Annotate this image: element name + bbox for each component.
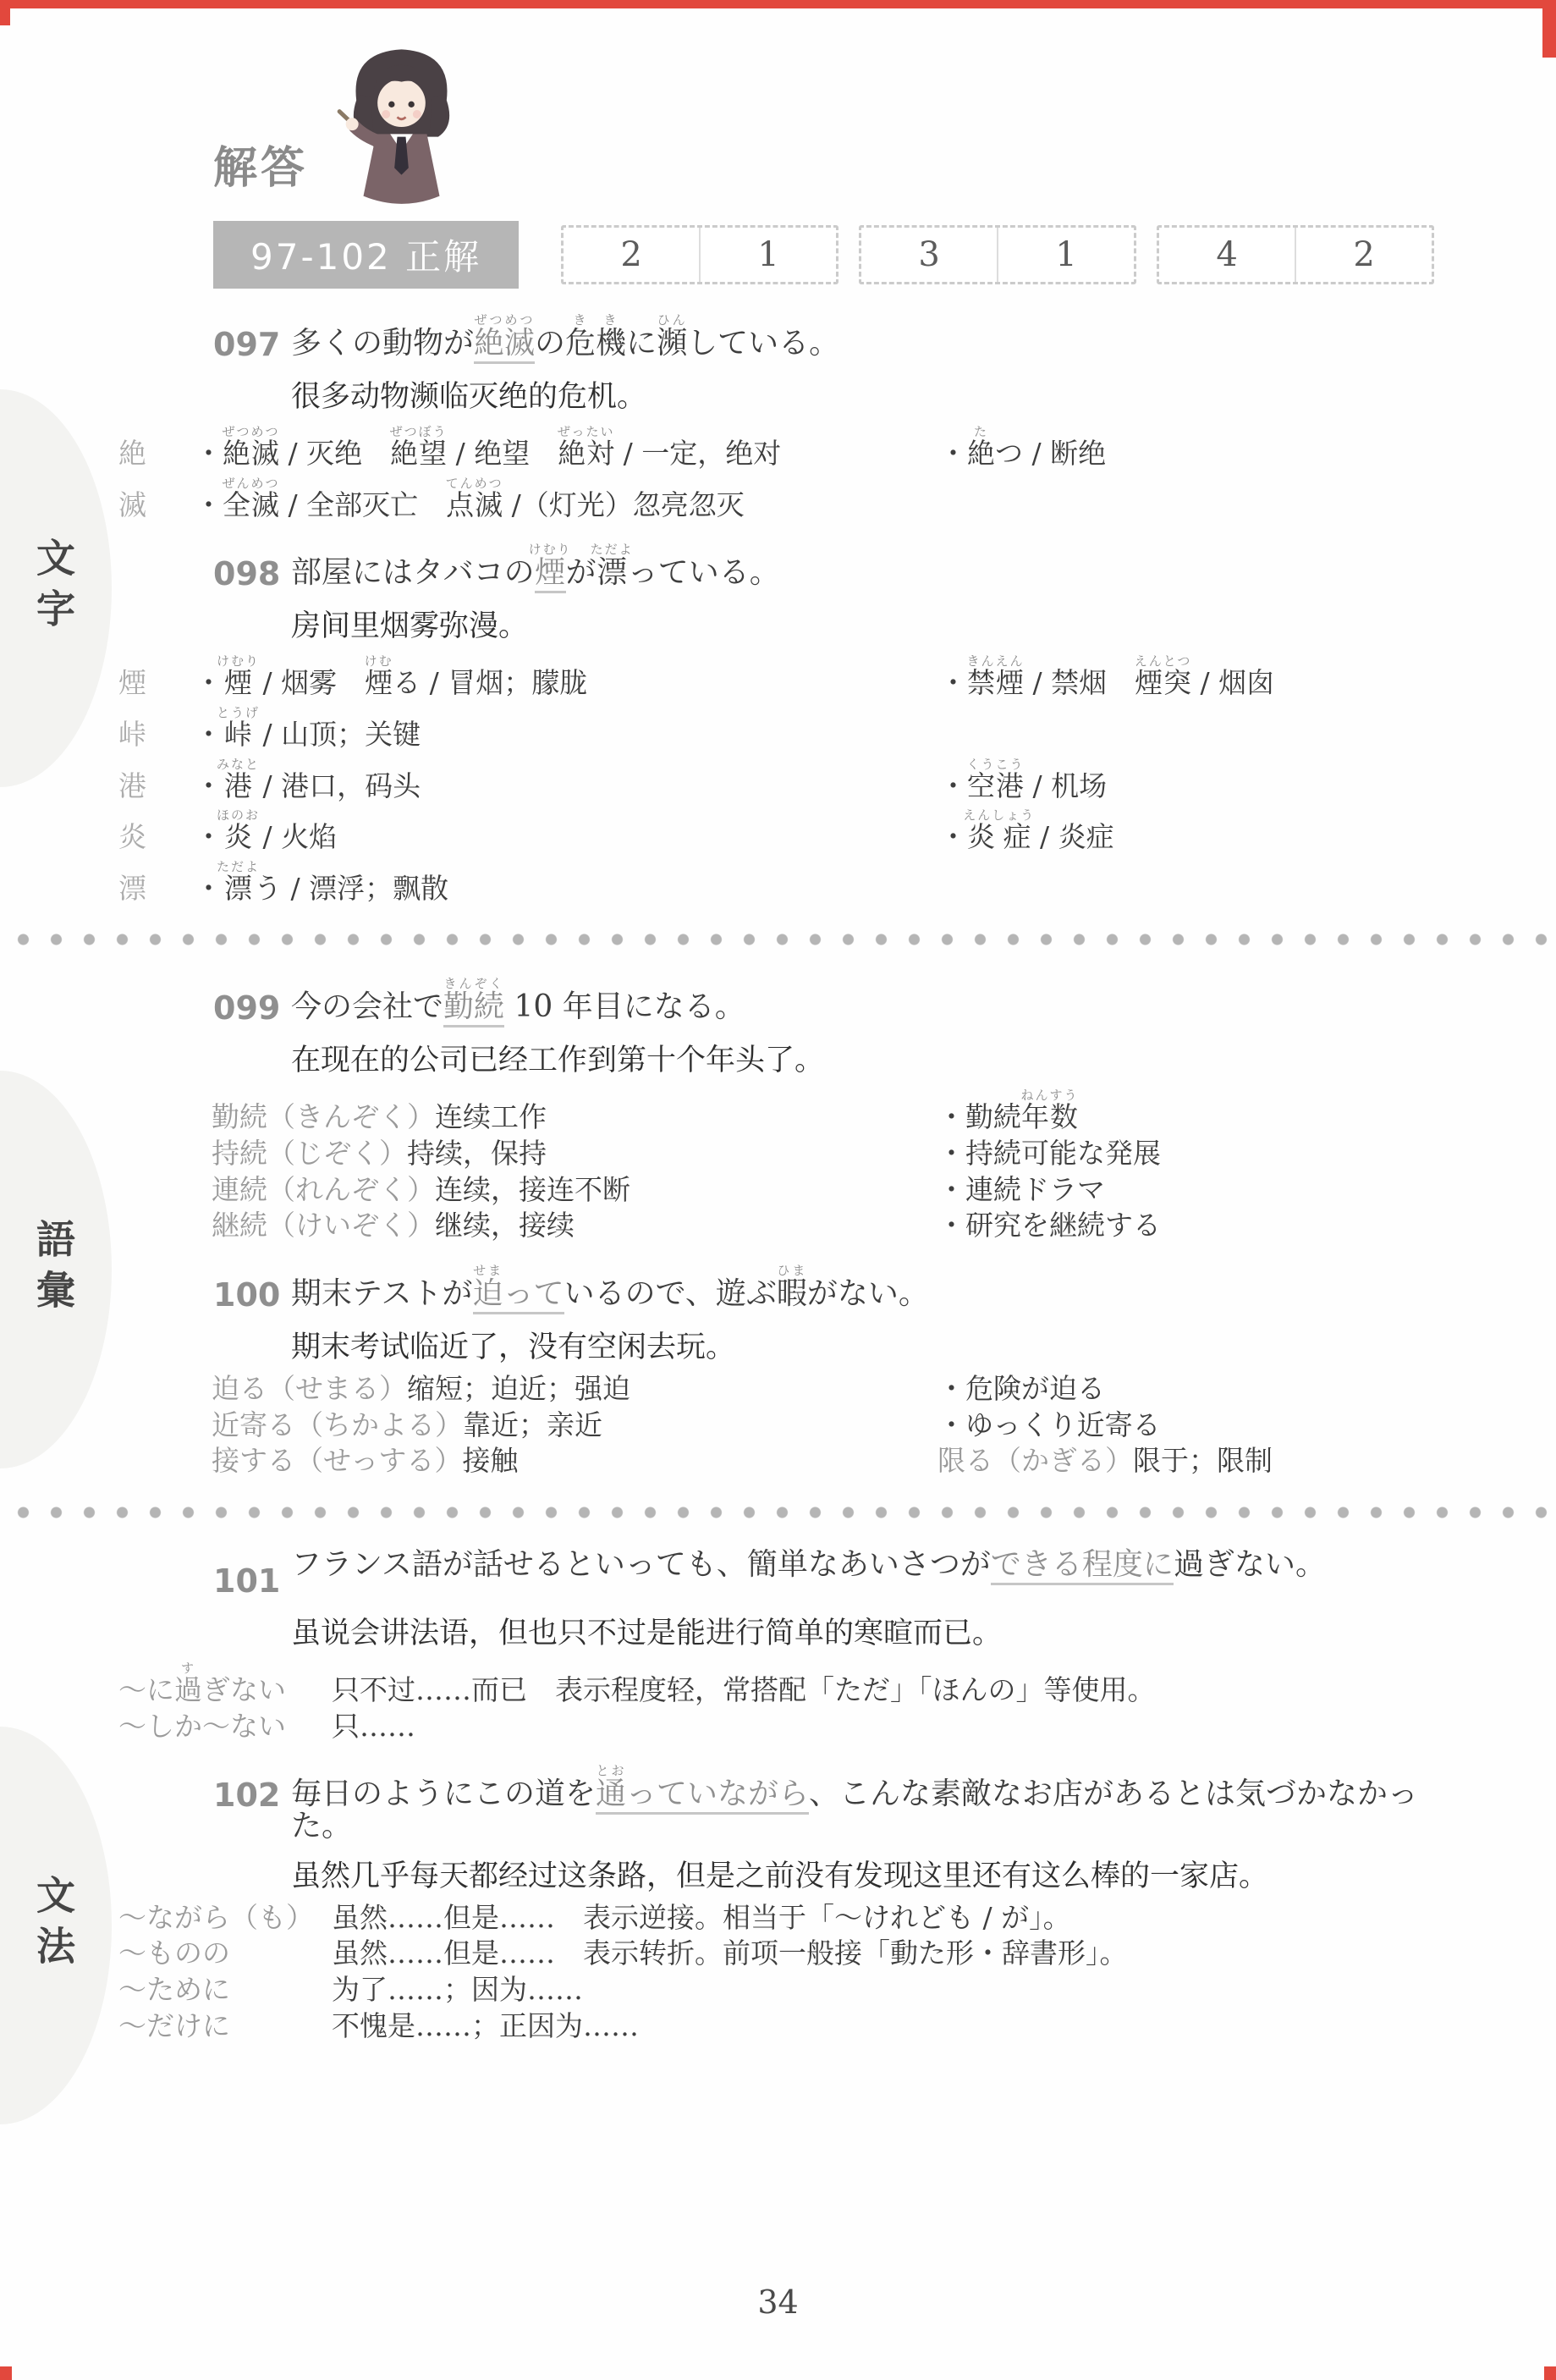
answer-key-bar: 97-102 正解 213142 (213, 221, 1533, 289)
explanation-row: 漂・漂ただよう / 漂浮；飘散 (118, 859, 1533, 904)
text-run: る / 冒烟；朦胧 (393, 666, 587, 699)
furigana: とうげ (217, 705, 260, 720)
explanation-row: ～しか～ない只…… (118, 1712, 1533, 1742)
answer-cell: 3 (861, 228, 997, 282)
translation: 虽然几乎每天都经过这条路，但是之前没有发现这里还有这么棒的一家店。 (291, 1853, 1533, 1895)
text-run: 接する（せっする） (212, 1444, 462, 1477)
page-number: 34 (757, 2284, 798, 2321)
text-run: ～に (118, 1673, 174, 1706)
explanation-row: 近寄る（ちかよる）靠近；亲近・ゆっくり近寄る (212, 1411, 1533, 1441)
row-right: ・持続可能な発展 (937, 1139, 1533, 1169)
text-run: フランス語が話せるといっても、簡単なあいさつが (291, 1547, 991, 1582)
row-left: ・峠とうげ / 山顶；关键 (195, 705, 939, 750)
text-run: 禁煙きんえん (967, 666, 1024, 699)
text-run: / 烟雾 (254, 666, 365, 699)
text-run: 全滅ぜんめつ (223, 488, 279, 521)
row-right: ・研究を継続する (937, 1211, 1533, 1241)
text-run: 煙けむ (365, 666, 393, 699)
question-block-098: 098部屋にはタバコの煙けむりが漂ただよっている。房间里烟雾弥漫。煙・煙けむり … (118, 542, 1533, 903)
text-run: 年数ねんすう (1021, 1100, 1079, 1133)
grammar-pattern: ～しか～ない (118, 1712, 332, 1742)
text-run: ～ものの (118, 1937, 230, 1970)
explanation-row: 滅・全滅ぜんめつ / 全部灭亡 点滅てんめつ /（灯光）忽亮忽灭 (118, 476, 1533, 521)
sidebar-tab-label: 文法 (25, 1875, 81, 1976)
row-left: 迫る（せまる）缩短；迫近；强迫 (212, 1375, 937, 1404)
text-run: ・ (195, 488, 223, 521)
row-right: ・連続ドラマ (937, 1176, 1533, 1205)
red-scan-border-bottom-right (1544, 2366, 1556, 2380)
question-block-101: 101フランス語が話せるといっても、簡単なあいさつができる程度に過ぎない。虽说会… (118, 1549, 1533, 1741)
row-left: ・炎ほのお / 火焰 (195, 807, 939, 852)
text-run: 毎日のようにこの道を (291, 1777, 596, 1811)
grammar-pattern: ～ために (118, 1975, 332, 2005)
text-run: / 烟囱 (1191, 666, 1274, 699)
furigana: ぜつめつ (474, 312, 535, 328)
translation: 房间里烟雾弥漫。 (291, 603, 1533, 645)
furigana: ひま (777, 1263, 807, 1278)
answers-header: 解答 (213, 34, 1533, 207)
text-run: ・研究を継続する (937, 1209, 1161, 1242)
text-run: に (626, 326, 657, 361)
furigana: ぜったい (558, 424, 615, 439)
explanation-row: ～ために为了……；因为…… (118, 1975, 1533, 2005)
text-run: / 机场 (1024, 769, 1107, 802)
question-text: フランス語が話せるといっても、簡単なあいさつができる程度に過ぎない。 (291, 1549, 1326, 1581)
text-run: 虽然……但是…… 表示转折。前项一般接「動た形・辞書形」。 (332, 1937, 1128, 1970)
text-run: 煙突えんとつ (1135, 666, 1191, 699)
answer-cell: 2 (1295, 228, 1432, 282)
text-run: 煙けむり (223, 666, 254, 699)
text-run: ・ (939, 769, 967, 802)
text-run: 接触 (462, 1444, 518, 1477)
text-run: 炎症えんしょう (967, 820, 1031, 853)
explanation-rows: 勤続（きんぞく）连续工作・勤続年数ねんすう持続（じぞく）持续，保持・持続可能な発… (118, 1088, 1533, 1241)
explanation-rows: ～に過すぎない只不过……而已 表示程度轻，常搭配「ただ」「ほんの」等使用。～しか… (118, 1661, 1533, 1741)
explanation-rows: 迫る（せまる）缩短；迫近；强迫・危険が迫る近寄る（ちかよる）靠近；亲近・ゆっくり… (118, 1375, 1533, 1476)
explanation-row: ～ものの虽然……但是…… 表示转折。前项一般接「動た形・辞書形」。 (118, 1939, 1533, 1969)
furigana: けむり (529, 542, 572, 557)
row-right: ・危険が迫る (937, 1375, 1533, 1404)
question-line: 102毎日のようにこの道を通とおっていながら、こんな素敵なお店があるとは気づかな… (213, 1763, 1533, 1843)
text-run: / 全部灭亡 (279, 488, 446, 521)
row-left: ・港みなと / 港口，码头 (195, 757, 939, 802)
book-page: 文字語彙文法 解答 (0, 0, 1556, 2380)
answer-word: 勤続きんぞく (443, 989, 504, 1027)
furigana: ひん (657, 312, 687, 328)
explanation-row: ～に過すぎない只不过……而已 表示程度轻，常搭配「ただ」「ほんの」等使用。 (118, 1661, 1533, 1705)
text-run: 多くの動物が (291, 326, 474, 361)
grammar-pattern: ～ものの (118, 1939, 332, 1969)
row-left: ～ながら（も）虽然……但是…… 表示逆接。相当于「～けれども / が」。 (118, 1903, 1071, 1933)
question-number: 100 (213, 1263, 291, 1314)
row-left: 持続（じぞく）持续，保持 (212, 1139, 937, 1169)
text-run: / 山顶；关键 (254, 718, 421, 751)
text-run: 漂ただよ (223, 872, 254, 905)
question-line: 098部屋にはタバコの煙けむりが漂ただよっている。 (213, 542, 1533, 592)
furigana: す (174, 1661, 202, 1676)
furigana: ぜんめつ (223, 476, 280, 491)
explanation-rows: 絶・絶滅ぜつめつ / 灭绝 絶望ぜつぼう / 绝望 絶対ぜったい / 一定，绝对… (118, 424, 1533, 520)
text-run: ・ (939, 437, 967, 470)
answer-word: 絶滅ぜつめつ (474, 326, 535, 364)
row-left: ～に過すぎない只不过……而已 表示程度轻，常搭配「ただ」「ほんの」等使用。 (118, 1661, 1156, 1705)
furigana: ただよ (591, 542, 634, 557)
answer-cells: 213142 (561, 225, 1434, 284)
text-run: 絶対ぜったい (558, 437, 614, 470)
furigana: みなと (217, 757, 260, 772)
text-run: / 火焰 (254, 820, 337, 853)
answer-cell-group: 21 (561, 225, 838, 284)
question-text: 部屋にはタバコの煙けむりが漂ただよっている。 (291, 542, 780, 589)
text-run: 炎ほのお (223, 820, 254, 853)
text-run: 限る（かぎる） (937, 1444, 1133, 1477)
question-block-099: 099今の会社で勤続きんぞく 10 年目になる。在现在的公司已经工作到第十个年头… (118, 976, 1533, 1241)
row-right: ・勤続年数ねんすう (937, 1088, 1533, 1132)
text-run: 10 年目になる。 (504, 989, 745, 1024)
furigana: けむり (217, 653, 260, 669)
text-run: 継続（けいぞく） (212, 1209, 435, 1242)
sidebar-tab-文字: 文字 (0, 389, 112, 787)
furigana: えんとつ (1135, 653, 1192, 669)
text-run: 限于；限制 (1133, 1444, 1273, 1477)
question-line: 101フランス語が話せるといっても、簡単なあいさつができる程度に過ぎない。 (213, 1549, 1533, 1600)
row-kanji-label: 峠 (118, 720, 195, 750)
furigana: けむ (365, 653, 393, 669)
text-run: 絶望ぜつぼう (390, 437, 447, 470)
explanation-row: 持続（じぞく）持续，保持・持続可能な発展 (212, 1139, 1533, 1169)
furigana: きき (565, 312, 626, 328)
furigana: きんぞく (443, 976, 504, 991)
furigana: とお (596, 1763, 626, 1778)
red-scan-border-bottom-left (0, 2366, 12, 2380)
row-right: 限る（かぎる）限于；限制 (937, 1446, 1533, 1476)
text-run: 点滅てんめつ (446, 488, 503, 521)
sidebar-tab-語彙: 語彙 (0, 1071, 112, 1468)
answer-key-label: 97-102 正解 (213, 221, 519, 289)
question-number: 102 (213, 1763, 291, 1814)
question-number: 097 (213, 312, 291, 363)
text-run: / 灭绝 (279, 437, 390, 470)
text-run: ～ながら（も） (118, 1901, 314, 1934)
explanation-rows: ～ながら（も）虽然……但是…… 表示逆接。相当于「～けれども / が」。～ものの… (118, 1903, 1533, 2041)
text-run: つ / 断绝 (995, 437, 1106, 470)
furigana: ほのお (217, 807, 260, 823)
translation: 在现在的公司已经工作到第十个年头了。 (291, 1037, 1533, 1079)
answer-cell: 4 (1159, 228, 1295, 282)
translation: 很多动物濒临灭绝的危机。 (291, 373, 1533, 416)
text-run: 過ぎない。 (1174, 1547, 1326, 1582)
question-text: 今の会社で勤続きんぞく 10 年目になる。 (291, 976, 745, 1023)
answer-word: 迫せま (473, 1276, 503, 1314)
explanation-row: ～ながら（も）虽然……但是…… 表示逆接。相当于「～けれども / が」。 (118, 1903, 1533, 1933)
text-run: 危機きき (565, 326, 626, 361)
text-run: 只…… (332, 1710, 415, 1743)
explanation-row: 迫る（せまる）缩短；迫近；强迫・危険が迫る (212, 1375, 1533, 1404)
furigana: ねんすう (1021, 1088, 1079, 1103)
explanation-row: 継続（けいぞく）继续，接续・研究を継続する (212, 1211, 1533, 1241)
answer-cell: 1 (699, 228, 836, 282)
explanation-row: 炎・炎ほのお / 火焰・炎症えんしょう / 炎症 (118, 807, 1533, 852)
answer-cell-group: 31 (859, 225, 1136, 284)
answer-word: 煙けむり (535, 555, 566, 593)
answer-word: って (503, 1276, 564, 1314)
text-run: う / 漂浮；飘散 (254, 872, 448, 905)
text-run: 漂ただよ (597, 555, 628, 590)
answer-word: 通とお (596, 1777, 626, 1815)
row-kanji-label: 港 (118, 772, 195, 802)
text-run: 只不过……而已 表示程度轻，常搭配「ただ」「ほんの」等使用。 (332, 1673, 1156, 1706)
row-left: ・漂ただよう / 漂浮；飘散 (195, 859, 939, 904)
furigana: ただよ (217, 859, 260, 874)
text-run: 连续工作 (435, 1100, 547, 1133)
answers-title: 解答 (213, 132, 308, 196)
furigana: た (967, 424, 995, 439)
question-line: 100期末テストが迫せまっているので、遊ぶ暇ひまがない。 (213, 1263, 1533, 1314)
furigana: せま (473, 1263, 503, 1278)
text-run: / 港口，码头 (254, 769, 421, 802)
text-run: 缩短；迫近；强迫 (407, 1372, 630, 1405)
row-kanji-label: 漂 (118, 874, 195, 904)
row-left: 勤続（きんぞく）连续工作 (212, 1103, 937, 1132)
text-run: ・ (939, 666, 967, 699)
text-run: 暇ひま (777, 1276, 807, 1311)
teacher-girl-illustration (315, 38, 488, 207)
translation: 期末考试临近了，没有空闲去玩。 (291, 1324, 1533, 1366)
text-run: している。 (687, 326, 839, 361)
text-run: ～しか～ない (118, 1710, 286, 1743)
text-run: 连续，接连不断 (435, 1173, 630, 1206)
text-run: 不愧是……；正因为…… (332, 2009, 639, 2042)
row-left: 接する（せっする）接触 (212, 1446, 937, 1476)
row-right: ・炎症えんしょう / 炎症 (939, 807, 1533, 852)
row-left: 連続（れんぞく）连续，接连不断 (212, 1176, 937, 1205)
text-run: ～ために (118, 1973, 230, 2006)
text-run: / 炎症 (1031, 820, 1114, 853)
explanation-row: ～だけに不愧是……；正因为…… (118, 2012, 1533, 2041)
text-run: ・連続ドラマ (937, 1173, 1105, 1206)
text-run: ぎない (202, 1673, 286, 1706)
sidebar-tab-label: 文字 (25, 537, 81, 639)
dotted-separator (0, 932, 1556, 947)
text-run: ～だけに (118, 2009, 230, 2042)
explanation-row: 峠・峠とうげ / 山顶；关键 (118, 705, 1533, 750)
explanation-row: 連続（れんぞく）连续，接连不断・連続ドラマ (212, 1176, 1533, 1205)
furigana: えんしょう (963, 807, 1035, 823)
text-run: 絶滅ぜつめつ (223, 437, 279, 470)
furigana: ぜつぼう (390, 424, 448, 439)
text-run: 期末テストが (291, 1276, 473, 1311)
question-block-097: 097多くの動物が絶滅ぜつめつの危機ききに瀕ひんしている。很多动物濒临灭绝的危机… (118, 312, 1533, 520)
row-left: ～だけに不愧是……；正因为…… (118, 2012, 639, 2041)
text-run: 今の会社で (291, 989, 443, 1024)
explanation-row: 絶・絶滅ぜつめつ / 灭绝 絶望ぜつぼう / 绝望 絶対ぜったい / 一定，绝对… (118, 424, 1533, 469)
answer-cell: 1 (997, 228, 1134, 282)
row-kanji-label: 煙 (118, 669, 195, 698)
explanation-row: 接する（せっする）接触限る（かぎる）限于；限制 (212, 1446, 1533, 1476)
text-run: 继续，接续 (435, 1209, 575, 1242)
text-run: ・ゆっくり近寄る (937, 1408, 1161, 1441)
question-number: 099 (213, 976, 291, 1027)
text-run: 絶た (967, 437, 995, 470)
text-run: ・危険が迫る (937, 1372, 1105, 1405)
question-number: 101 (213, 1549, 291, 1600)
red-scan-border-top-right (1542, 0, 1556, 58)
text-run: 部屋にはタバコの (291, 555, 535, 590)
red-scan-border-top-left (0, 0, 10, 25)
furigana: てんめつ (446, 476, 503, 491)
content-groups: 097多くの動物が絶滅ぜつめつの危機ききに瀕ひんしている。很多动物濒临灭绝的危机… (118, 312, 1533, 2041)
text-run: 靠近；亲近 (463, 1408, 602, 1441)
text-run: がない。 (807, 1276, 929, 1311)
row-right: ・ゆっくり近寄る (937, 1411, 1533, 1441)
text-run: /（灯光）忽亮忽灭 (503, 488, 745, 521)
answer-word: っていながら (626, 1777, 809, 1815)
text-run: / 禁烟 (1024, 666, 1135, 699)
answer-word: できる程度に (991, 1547, 1174, 1585)
explanation-row: 勤続（きんぞく）连续工作・勤続年数ねんすう (212, 1088, 1533, 1132)
text-run: ・持続可能な発展 (937, 1137, 1161, 1170)
text-run: 为了……；因为…… (332, 1973, 583, 2006)
explanation-row: 港・港みなと / 港口，码头・空港くうこう / 机场 (118, 757, 1533, 802)
row-left: 近寄る（ちかよる）靠近；亲近 (212, 1411, 937, 1441)
question-text: 毎日のようにこの道を通とおっていながら、こんな素敵なお店があるとは気づかなかった… (291, 1763, 1425, 1843)
question-text: 期末テストが迫せまっているので、遊ぶ暇ひまがない。 (291, 1263, 929, 1310)
text-run: 空港くうこう (967, 769, 1024, 802)
text-run: 近寄る（ちかよる） (212, 1408, 463, 1441)
text-run: っている。 (628, 555, 780, 590)
text-run: / 绝望 (447, 437, 558, 470)
text-run: 港みなと (223, 769, 254, 802)
row-right: ・禁煙きんえん / 禁烟 煙突えんとつ / 烟囱 (939, 653, 1533, 698)
row-left: ～ものの虽然……但是…… 表示转折。前项一般接「動た形・辞書形」。 (118, 1939, 1128, 1969)
translation: 虽说会讲法语，但也只不过是能进行简单的寒暄而已。 (291, 1610, 1533, 1652)
furigana: ぜつめつ (223, 424, 280, 439)
question-line: 099今の会社で勤続きんぞく 10 年目になる。 (213, 976, 1533, 1027)
text-run: いるので、遊ぶ (564, 1276, 777, 1311)
explanation-row: 煙・煙けむり / 烟雾 煙けむる / 冒烟；朦胧・禁煙きんえん / 禁烟 煙突え… (118, 653, 1533, 698)
text-run: 持续，保持 (407, 1137, 547, 1170)
page-content: 解答 97-102 正解 213142 (118, 0, 1533, 2041)
question-number: 098 (213, 542, 291, 592)
row-left: ～ために为了……；因为…… (118, 1975, 583, 2005)
text-run: 虽然……但是…… 表示逆接。相当于「～けれども / が」。 (332, 1901, 1071, 1934)
sidebar-tab-文法: 文法 (0, 1727, 112, 2124)
explanation-rows: 煙・煙けむり / 烟雾 煙けむる / 冒烟；朦胧・禁煙きんえん / 禁烟 煙突え… (118, 653, 1533, 903)
grammar-pattern: ～ながら（も） (118, 1903, 332, 1933)
grammar-pattern: ～だけに (118, 2012, 332, 2041)
text-run: 峠とうげ (223, 718, 254, 751)
row-kanji-label: 炎 (118, 823, 195, 852)
text-run: 過す (174, 1673, 202, 1706)
row-left: 継続（けいぞく）继续，接续 (212, 1211, 937, 1241)
row-right: ・絶たつ / 断绝 (939, 424, 1533, 469)
row-right: ・空港くうこう / 机场 (939, 757, 1533, 802)
row-left: ・全滅ぜんめつ / 全部灭亡 点滅てんめつ /（灯光）忽亮忽灭 (195, 476, 939, 521)
row-left: ～しか～ない只…… (118, 1712, 415, 1742)
question-block-100: 100期末テストが迫せまっているので、遊ぶ暇ひまがない。期末考试临近了，没有空闲… (118, 1263, 1533, 1476)
row-left: ・煙けむり / 烟雾 煙けむる / 冒烟；朦胧 (195, 653, 939, 698)
furigana: くうこう (967, 757, 1025, 772)
text-run: ・勤続 (937, 1100, 1021, 1133)
sidebar-tab-label: 語彙 (25, 1219, 81, 1320)
question-text: 多くの動物が絶滅ぜつめつの危機ききに瀕ひんしている。 (291, 312, 839, 360)
answer-cell-group: 42 (1157, 225, 1434, 284)
text-run: / 一定，绝对 (614, 437, 781, 470)
text-run: ・ (195, 437, 223, 470)
grammar-pattern: ～に過すぎない (118, 1661, 332, 1705)
question-line: 097多くの動物が絶滅ぜつめつの危機ききに瀕ひんしている。 (213, 312, 1533, 363)
answer-cell: 2 (564, 228, 699, 282)
text-run: 持続（じぞく） (212, 1137, 407, 1170)
text-run: 瀕ひん (657, 326, 687, 361)
question-block-102: 102毎日のようにこの道を通とおっていながら、こんな素敵なお店があるとは気づかな… (118, 1763, 1533, 2041)
text-run: 連続（れんぞく） (212, 1173, 435, 1206)
row-kanji-label: 絶 (118, 439, 195, 469)
text-run: 迫る（せまる） (212, 1372, 407, 1405)
row-kanji-label: 滅 (118, 491, 195, 521)
furigana: きんえん (967, 653, 1025, 669)
row-left: ・絶滅ぜつめつ / 灭绝 絶望ぜつぼう / 绝望 絶対ぜったい / 一定，绝对 (195, 424, 939, 469)
dotted-separator (0, 1505, 1556, 1520)
text-run: 勤続（きんぞく） (212, 1100, 435, 1133)
text-run: の (535, 326, 565, 361)
